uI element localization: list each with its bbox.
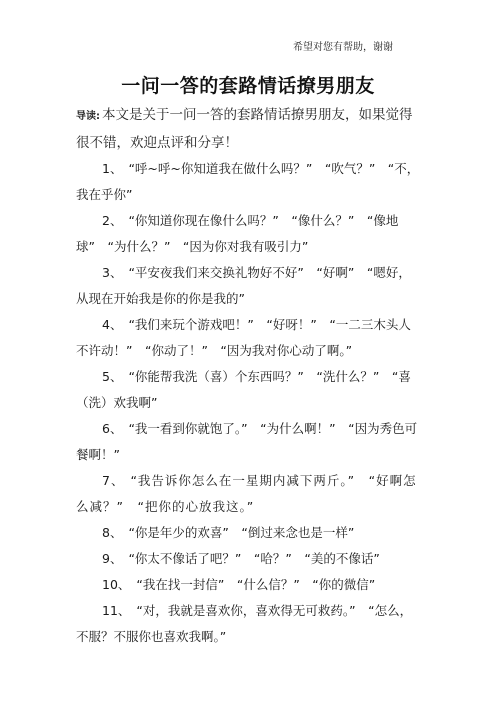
item-number: 1、: [102, 161, 122, 176]
item-text: “你能帮我洗（喜）个东西吗？” “洗什么？” “喜（洗）欢我啊”: [76, 369, 411, 410]
list-item: 7、“我告诉你怎么在一星期内减下两斤。” “好啊怎么减？” “把你的心放我这。”: [76, 468, 422, 520]
list-item: 8、“你是年少的欢喜” “倒过来念也是一样”: [76, 520, 422, 546]
list-item: 10、“我在找一封信” “什么信？” “你的微信”: [76, 572, 422, 598]
document-page: 希望对您有帮助，谢谢 一问一答的套路情话撩男朋友 导读:本文是关于一问一答的套路…: [0, 0, 496, 702]
item-number: 3、: [102, 265, 122, 280]
intro-text: 本文是关于一问一答的套路情话撩男朋友，如果觉得很不错，欢迎点评和分享！: [76, 107, 413, 151]
header-note: 希望对您有帮助，谢谢: [293, 38, 393, 53]
item-text: “我告诉你怎么在一星期内减下两斤。” “好啊怎么减？” “把你的心放我这。”: [76, 473, 417, 514]
list-item: 6、“我一看到你就饱了。” “为什么啊！” “因为秀色可餐啊！”: [76, 416, 422, 468]
item-number: 10、: [102, 577, 130, 592]
document-body: 导读:本文是关于一问一答的套路情话撩男朋友，如果觉得很不错，欢迎点评和分享！ 1…: [76, 102, 422, 650]
item-text: “平安夜我们来交换礼物好不好” “好啊” “嗯好，从现在开始我是你的你是我的”: [76, 265, 411, 306]
list-item: 1、“呼~呼~你知道我在做什么吗？” “吹气？” “不，我在乎你”: [76, 156, 422, 208]
item-number: 11、: [102, 603, 130, 618]
list-item: 11、“对，我就是喜欢你，喜欢得无可救药。” “怎么，不服？不服你也喜欢我啊。”: [76, 598, 422, 650]
item-text: “我在找一封信” “什么信？” “你的微信”: [136, 577, 375, 592]
list-item: 5、“你能帮我洗（喜）个东西吗？” “洗什么？” “喜（洗）欢我啊”: [76, 364, 422, 416]
item-number: 7、: [102, 473, 124, 488]
item-number: 8、: [102, 525, 122, 540]
list-item: 4、“我们来玩个游戏吧！” “好呀！” “一二三木头人不许动！” “你动了！” …: [76, 312, 422, 364]
item-number: 5、: [102, 369, 122, 384]
list-item: 9、“你太不像话了吧？” “哈？” “美的不像话”: [76, 546, 422, 572]
item-number: 2、: [102, 213, 122, 228]
list-item: 3、“平安夜我们来交换礼物好不好” “好啊” “嗯好，从现在开始我是你的你是我的…: [76, 260, 422, 312]
item-number: 9、: [102, 551, 122, 566]
item-text: “你是年少的欢喜” “倒过来念也是一样”: [128, 525, 354, 540]
list-item: 2、“你知道你现在像什么吗？” “像什么？” “像地球” “为什么？” “因为你…: [76, 208, 422, 260]
page-title: 一问一答的套路情话撩男朋友: [0, 71, 496, 98]
item-text: “我一看到你就饱了。” “为什么啊！” “因为秀色可餐啊！”: [76, 421, 417, 462]
item-text: “我们来玩个游戏吧！” “好呀！” “一二三木头人不许动！” “你动了！” “因…: [76, 317, 411, 358]
intro-label: 导读:: [76, 111, 100, 122]
item-text: “你知道你现在像什么吗？” “像什么？” “像地球” “为什么？” “因为你对我…: [76, 213, 398, 254]
item-text: “呼~呼~你知道我在做什么吗？” “吹气？” “不，我在乎你”: [76, 161, 419, 202]
item-number: 6、: [102, 421, 122, 436]
intro-paragraph: 导读:本文是关于一问一答的套路情话撩男朋友，如果觉得很不错，欢迎点评和分享！: [76, 102, 422, 156]
item-text: “你太不像话了吧？” “哈？” “美的不像话”: [128, 551, 379, 566]
item-number: 4、: [102, 317, 122, 332]
